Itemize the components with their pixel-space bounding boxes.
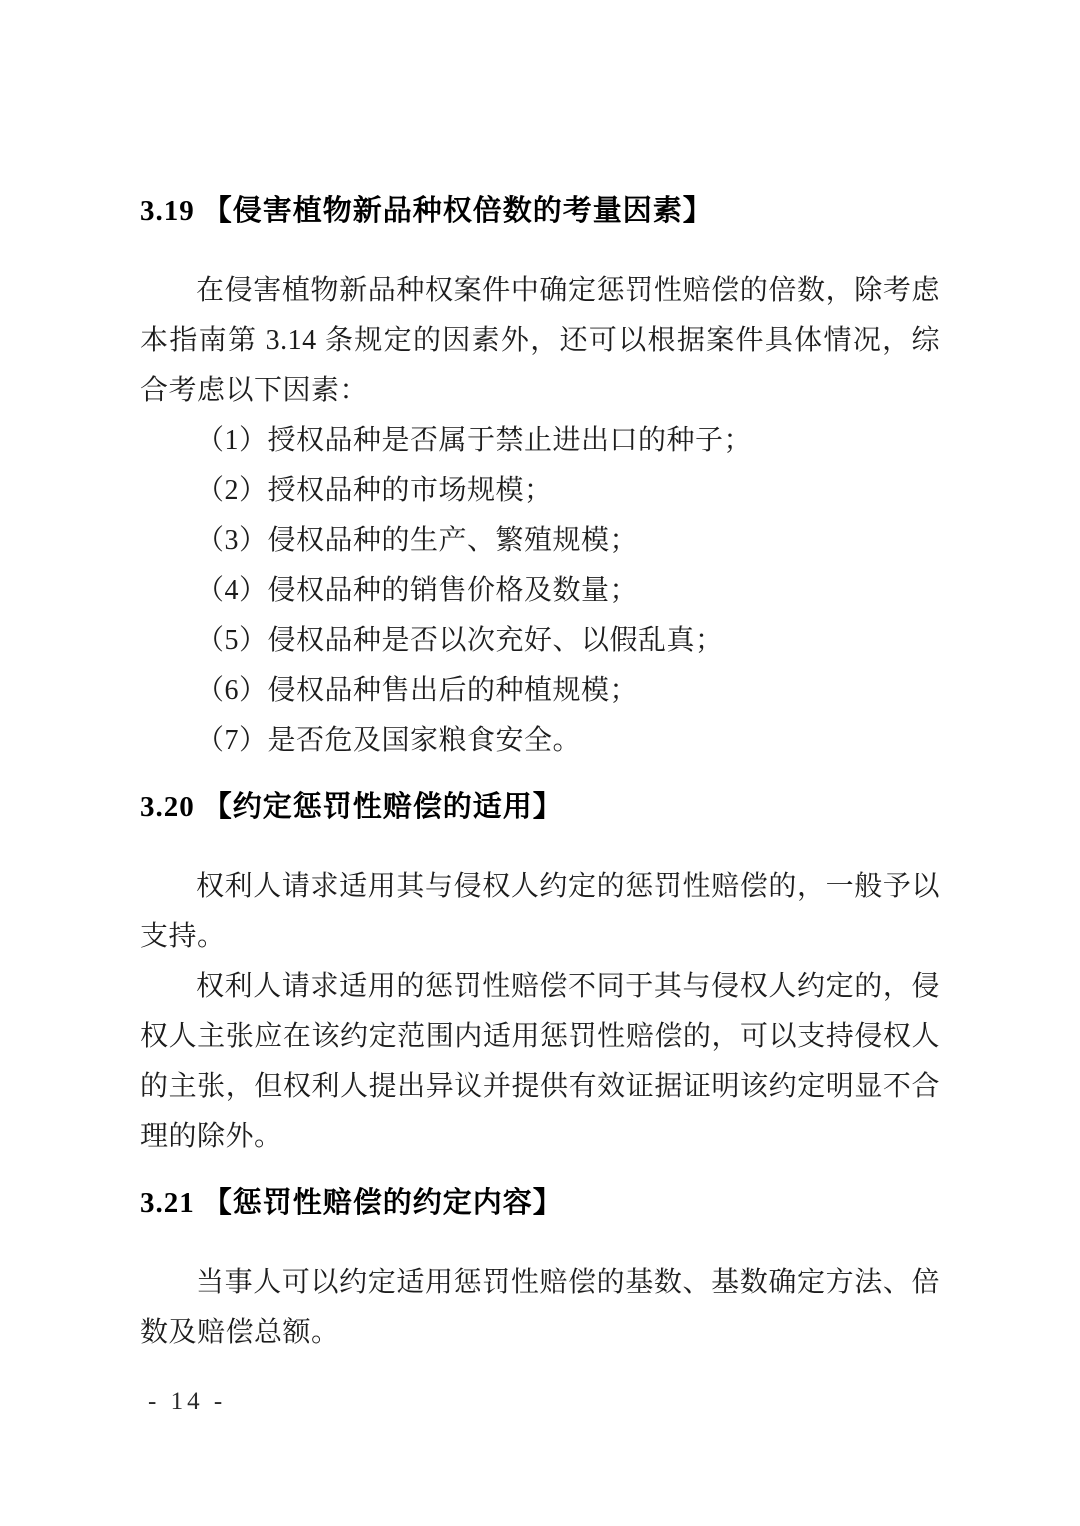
section-title: 【惩罚性赔偿的约定内容】 (203, 1187, 563, 1219)
document-page: 3.19【侵害植物新品种权倍数的考量因素】 在侵害植物新品种权案件中确定惩罚性赔… (0, 0, 1080, 1526)
list-item: （7）是否危及国家粮食安全。 (140, 716, 940, 766)
paragraph: 当事人可以约定适用惩罚性赔偿的基数、基数确定方法、倍数及赔偿总额。 (140, 1258, 940, 1358)
section-number: 3.19 (140, 195, 195, 227)
section-number: 3.21 (140, 1187, 195, 1219)
factor-list: （1）授权品种是否属于禁止进出口的种子； （2）授权品种的市场规模； （3）侵权… (140, 416, 940, 766)
list-item: （4）侵权品种的销售价格及数量； (140, 566, 940, 616)
section-3-19: 3.19【侵害植物新品种权倍数的考量因素】 在侵害植物新品种权案件中确定惩罚性赔… (140, 186, 940, 766)
list-item: （1）授权品种是否属于禁止进出口的种子； (140, 416, 940, 466)
list-item: （5）侵权品种是否以次充好、以假乱真； (140, 616, 940, 666)
list-item: （6）侵权品种售出后的种植规模； (140, 666, 940, 716)
paragraph: 权利人请求适用的惩罚性赔偿不同于其与侵权人约定的，侵权人主张应在该约定范围内适用… (140, 962, 940, 1162)
section-3-21: 3.21【惩罚性赔偿的约定内容】 当事人可以约定适用惩罚性赔偿的基数、基数确定方… (140, 1178, 940, 1358)
section-heading: 3.20【约定惩罚性赔偿的适用】 (140, 782, 940, 832)
list-item: （2）授权品种的市场规模； (140, 466, 940, 516)
paragraph: 权利人请求适用其与侵权人约定的惩罚性赔偿的，一般予以支持。 (140, 862, 940, 962)
section-heading: 3.21【惩罚性赔偿的约定内容】 (140, 1178, 940, 1228)
paragraph: 在侵害植物新品种权案件中确定惩罚性赔偿的倍数，除考虑本指南第 3.14 条规定的… (140, 266, 940, 416)
section-number: 3.20 (140, 791, 195, 823)
page-number: - 14 - (148, 1388, 226, 1416)
section-3-20: 3.20【约定惩罚性赔偿的适用】 权利人请求适用其与侵权人约定的惩罚性赔偿的，一… (140, 782, 940, 1162)
section-title: 【侵害植物新品种权倍数的考量因素】 (203, 195, 713, 227)
section-heading: 3.19【侵害植物新品种权倍数的考量因素】 (140, 186, 940, 236)
section-title: 【约定惩罚性赔偿的适用】 (203, 791, 563, 823)
list-item: （3）侵权品种的生产、繁殖规模； (140, 516, 940, 566)
